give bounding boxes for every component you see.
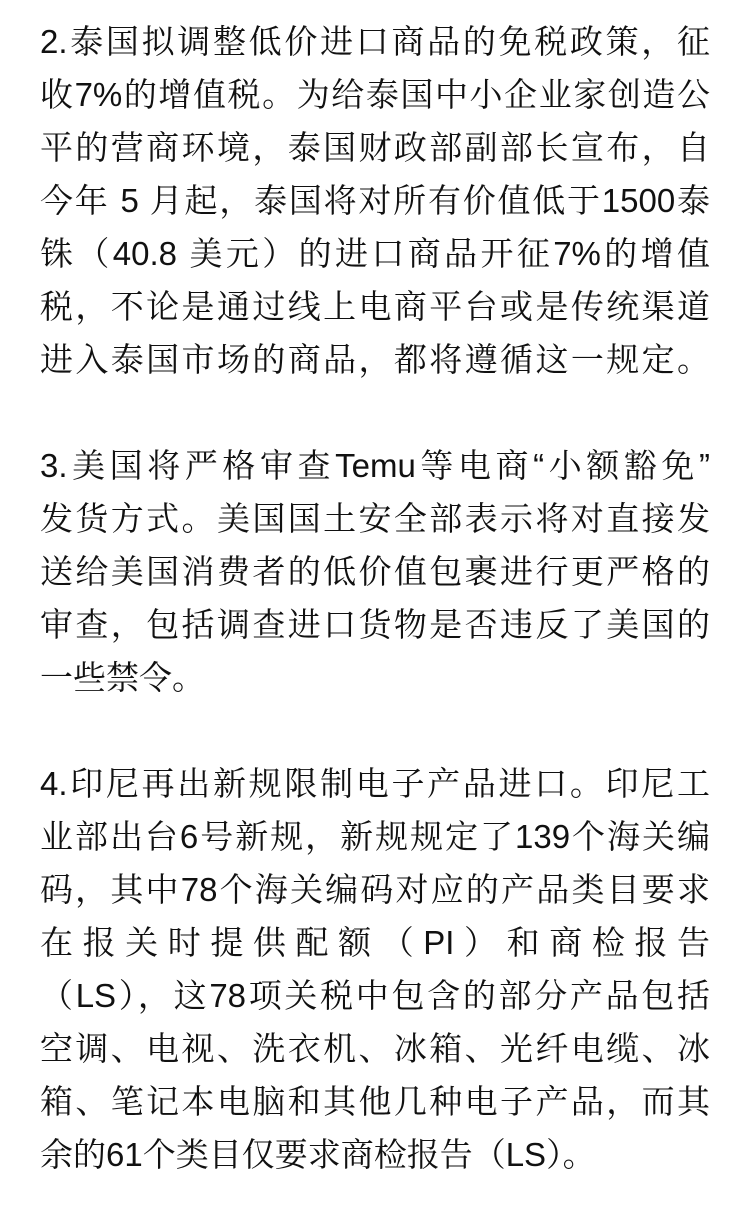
text-line: 审查，包括调查进口货物是否违反了美国的 <box>40 598 710 651</box>
text-line: 送给美国消费者的低价值包裹进行更严格的 <box>40 545 710 598</box>
news-item-4-indonesia-electronics-import-rules: 4.印尼再出新规限制电子产品进口。印尼工业部出台6号新规，新规规定了139个海关… <box>40 757 710 1181</box>
text-line: 4.印尼再出新规限制电子产品进口。印尼工 <box>40 757 710 810</box>
text-line: 余的61个类目仅要求商检报告（LS）。 <box>40 1128 710 1181</box>
text-line: 今年 5 月起，泰国将对所有价值低于1500泰 <box>40 174 710 227</box>
text-line: 空调、电视、洗衣机、冰箱、光纤电缆、冰 <box>40 1022 710 1075</box>
text-line: 平的营商环境，泰国财政部副部长宣布，自 <box>40 121 710 174</box>
news-item-3-us-temu-de-minimis-review: 3.美国将严格审查Temu等电商“小额豁免”发货方式。美国国土安全部表示将对直接… <box>40 439 710 704</box>
text-line: 在报关时提供配额（PI）和商检报告 <box>40 916 710 969</box>
text-line: 税，不论是通过线上电商平台或是传统渠道 <box>40 280 710 333</box>
text-line: 一些禁令。 <box>40 651 710 704</box>
text-line: （LS），这78项关税中包含的部分产品包括 <box>40 969 710 1022</box>
text-line: 收7%的增值税。为给泰国中小企业家创造公 <box>40 68 710 121</box>
news-item-2-thailand-vat-policy: 2.泰国拟调整低价进口商品的免税政策，征收7%的增值税。为给泰国中小企业家创造公… <box>40 15 710 386</box>
text-line: 业部出台6号新规，新规规定了139个海关编 <box>40 810 710 863</box>
text-line: 3.美国将严格审查Temu等电商“小额豁免” <box>40 439 710 492</box>
text-line: 码，其中78个海关编码对应的产品类目要求 <box>40 863 710 916</box>
text-line: 进入泰国市场的商品，都将遵循这一规定。 <box>40 333 710 386</box>
article-page: 2.泰国拟调整低价进口商品的免税政策，征收7%的增值税。为给泰国中小企业家创造公… <box>0 0 750 1208</box>
text-line: 铢（40.8 美元）的进口商品开征7%的增值 <box>40 227 710 280</box>
text-line: 2.泰国拟调整低价进口商品的免税政策，征 <box>40 15 710 68</box>
text-line: 发货方式。美国国土安全部表示将对直接发 <box>40 492 710 545</box>
text-line: 箱、笔记本电脑和其他几种电子产品，而其 <box>40 1075 710 1128</box>
article-body: 2.泰国拟调整低价进口商品的免税政策，征收7%的增值税。为给泰国中小企业家创造公… <box>0 0 750 1181</box>
